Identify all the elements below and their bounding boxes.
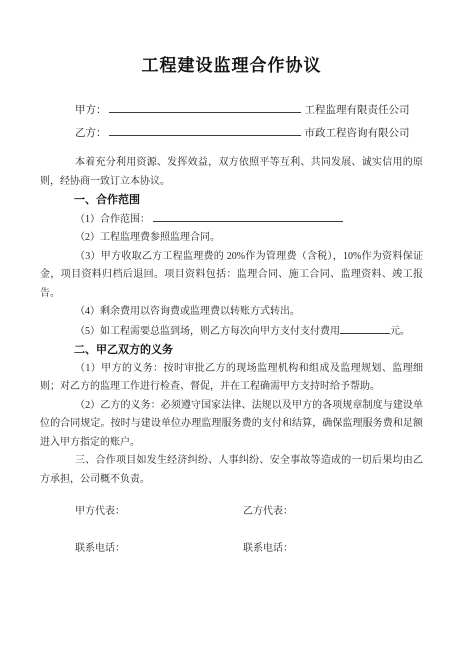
section3-paragraph: 三、合作项目如发生经济纠纷、人事纠纷、安全事故等造成的一切后果均由乙方承担，公司… [40,452,423,489]
party-a-representative-label: 甲方代表： [75,503,243,522]
phones-row: 联系电话： 联系电话： [40,540,423,559]
section1-item5-suffix: 元。 [390,326,410,337]
section2-item1: （1）甲方的义务：按时审批乙方的现场监理机构和组成及监理规划、监理细则；对乙方的… [40,360,423,397]
party-b-representative-label: 乙方代表： [243,503,423,522]
party-a-label: 甲方： [75,105,107,116]
party-a-name: 工程监理有限责任公司 [305,105,410,116]
party-b-label: 乙方： [75,128,107,139]
party-a-blank-line [109,101,301,113]
party-b-name: 市政工程咨询有限公司 [305,128,410,139]
section1-item4: （4）剩余费用以咨询费或监理费以转账方式转出。 [40,303,423,322]
party-b-line: 乙方：市政工程咨询有限公司 [40,122,423,145]
section1-item2: （2）工程监理费参照监理合同。 [40,229,423,248]
section2-heading: 二、甲乙双方的义务 [40,341,423,360]
section1-item1: （1）合作范围： [40,210,423,230]
fee-blank-line [340,322,390,334]
party-a-line: 甲方：工程监理有限责任公司 [40,99,423,122]
document-title: 工程建设监理合作协议 [40,53,423,78]
scope-blank-line [153,210,343,222]
section1-heading: 一、合作范围 [40,191,423,210]
intro-paragraph: 本着充分利用资源、发挥效益，双方依照平等互利、共同发展、诚实信用的原则，经协商一… [40,154,423,191]
party-a-phone-label: 联系电话： [75,540,243,559]
contract-document: 工程建设监理合作协议 甲方：工程监理有限责任公司 乙方：市政工程咨询有限公司 本… [0,0,463,655]
section1-item1-text: （1）合作范围： [75,214,150,225]
document-body: 本着充分利用资源、发挥效益，双方依照平等互利、共同发展、诚实信用的原则，经协商一… [40,154,423,489]
section2-item2: （2）乙方的义务：必须遵守国家法律、法规以及甲方的各项规章制度与建设单位的合同规… [40,397,423,453]
parties-block: 甲方：工程监理有限责任公司 乙方：市政工程咨询有限公司 [40,99,423,145]
section1-item5-text: （5）如工程需要总监到场，则乙方每次向甲方支付支付费用 [75,326,340,337]
signature-block: 甲方代表： 乙方代表： 联系电话： 联系电话： [40,503,423,558]
representatives-row: 甲方代表： 乙方代表： [40,503,423,522]
section1-item5: （5）如工程需要总监到场，则乙方每次向甲方支付支付费用元。 [40,322,423,342]
party-b-phone-label: 联系电话： [243,540,423,559]
party-b-blank-line [109,124,301,136]
section1-item3: （3）甲方收取乙方工程监理费的 20%作为管理费（含税），10%作为资料保证金，… [40,248,423,304]
